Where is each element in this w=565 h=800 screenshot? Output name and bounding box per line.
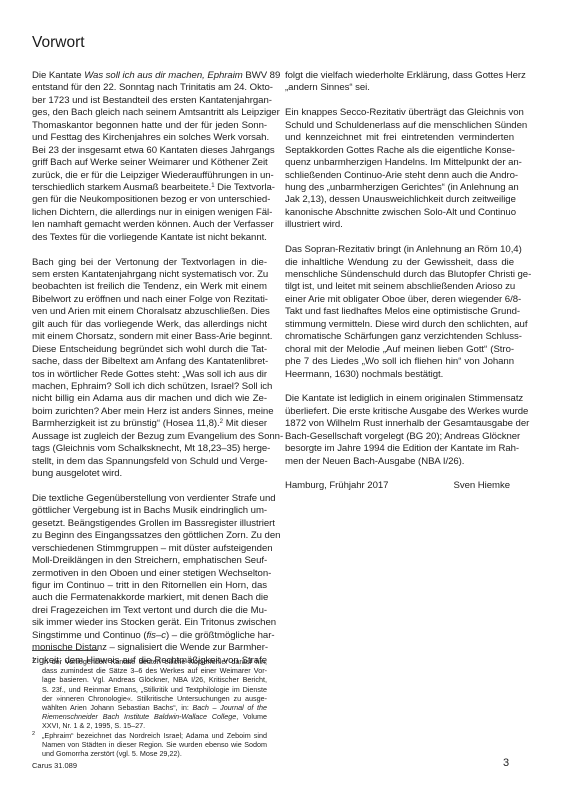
text-line: XXVI, Nr. 1 & 2, 1995, S. 15–27. [42,721,267,730]
text-line: lage basieren. Vgl. Andreas Glöckner, NB… [42,675,267,684]
text-line: göttlicher Vergebung ist in Bachs Musik … [32,505,267,517]
text-line: Moll-Dreiklängen in den Streichern, emph… [32,555,267,567]
text-line: chromatische Schärfungen ganz verzichten… [285,331,514,343]
text-line: Riemenschneider Bach Institute Baldwin-W… [42,712,267,721]
text-line: monische Distanz – signalisiert die Wend… [32,642,267,654]
text-line: auch die Fermatenakkorde markiert, mit d… [32,592,267,604]
text-line: drei Fragezeichen im Text vertont und du… [32,605,267,617]
text-line: lichen Dichtern, die allerdings nur in e… [32,207,267,219]
footnote-reference[interactable]: 1 [211,183,214,189]
text-line: beobachten ist freilich die Tendenz, ein… [32,281,267,293]
text-line: „Ephraim“ bezeichnet das Nordreich Israe… [42,731,267,740]
paragraph: folgt die vielfach wiederholte Erklärung… [285,70,514,95]
text-line: Bach-Gesellschaft vorgelegt (BG 20); And… [285,431,514,443]
footnote-reference[interactable]: 2 [220,419,223,425]
text-line: gesetzt. Beängstigendes Grollen im Bassr… [32,518,267,530]
text-line: und kennzeichnet mit frei eintretenden v… [285,132,514,144]
left-column: Die Kantate Was soll ich aus dir machen,… [32,70,267,679]
paragraph: Ein knappes Secco-Rezitativ überträgt da… [285,107,514,231]
text-line: sache, dass der Bibeltext am Anfang des … [32,356,267,368]
text-line: einer Arie mit obligater Oboe über, dere… [285,294,514,306]
paragraph: Die Kantate Was soll ich aus dir machen,… [32,70,267,244]
text-line: stimmung vermitteln. Diese wird durch de… [285,319,514,331]
text-line: machen, Ephraim? Soll ich dich schützen,… [32,381,267,393]
footnote: 1In der vorliegenden Kantate deuten etli… [32,657,267,731]
text-line: choral mit der Melodie „Auf meinen liebe… [285,344,514,356]
text-line: illustriert wird. [285,219,514,231]
text-line: sem ersten Kantatenjahrgang nicht system… [32,269,267,281]
text-line: Die Kantate Was soll ich aus dir machen,… [32,70,267,82]
text-line: tos in wörtlicher Rede Gottes steht: „Wa… [32,369,267,381]
text-line: Thomaskantor begonnen hatte und der für … [32,120,267,132]
text-line: boim zurichten? Aber mein Herz ist ander… [32,406,267,418]
page-number: 3 [503,757,509,769]
text-line: Jak 2,13), dessen Unausweichlichkeit dur… [285,194,514,206]
text-line: figur im Continuo – tritt in den Ritorne… [32,580,267,592]
text-line: nicht billig ein Adama aus dir machen un… [32,393,267,405]
text-line: gen für die Neukompositionen bezog er vo… [32,194,267,206]
text-line: len namhaft gemacht werden können. Auch … [32,219,267,231]
text-line: überliefert. Die erste kritische Ausgabe… [285,406,514,418]
text-line: ven und Arien mit einem Choralsatz abzus… [32,306,267,318]
text-line: die inhaltliche Wendung zu der Gewisshei… [285,257,514,269]
text-line: Bibelwort zu eröffnen und nach einer Fol… [32,294,267,306]
page-title: Vorwort [32,34,85,52]
text-line: phe 7 des Liedes „Wo soll ich fliehen hi… [285,356,514,368]
footnote-number: 1 [32,656,35,665]
right-column: folgt die vielfach wiederholte Erklärung… [285,70,514,493]
text-line: Die textliche Gegenüberstellung von verd… [32,493,267,505]
text-line: des Textes für die vorliegende Kantate i… [32,232,267,244]
text-line: Bach ging bei der Vertonung der Textvorl… [32,257,267,269]
text-line: besorgte im Jahre 1994 die Edition der K… [285,443,514,455]
text-line: entstand für den 22. Sonntag nach Trinit… [32,82,267,94]
text-line: S. 23f., und Reinmar Emans, „Stilkritik … [42,685,267,694]
text-line: tilgt ist, und leitet mit seinem abschli… [285,281,514,293]
text-line: schließenden Continuo-Arie steht denn au… [285,170,514,182]
text-line: Ein knappes Secco-Rezitativ überträgt da… [285,107,514,119]
text-line: Singstimme und Continuo (fis–c) – die gr… [32,630,267,642]
text-line: tags (Gleichnis vom Schalksknecht, Mt 18… [32,443,267,455]
text-line: Takt und fast liedhaftes Melos eine opti… [285,306,514,318]
text-line: ber 1723 und ist Bestandteil des ersten … [32,95,267,107]
paragraph: Das Sopran-Rezitativ bringt (in Anlehnun… [285,244,514,381]
footnote-divider [32,650,98,651]
text-line: dass zumindest die Sätze 3–6 des Werkes … [42,666,267,675]
text-line: folgt die vielfach wiederholte Erklärung… [285,70,514,82]
publisher-code: Carus 31.089 [32,761,77,770]
text-line: Heermann, 1630) nochmals bestätigt. [285,369,514,381]
text-line: zermotiven in den Oboen und einer stetig… [32,568,267,580]
text-line: der »inneren Chronologie«. Stilkritische… [42,694,267,703]
text-line: hung des „unbarmherzigen Gerichtes“ (in … [285,182,514,194]
text-line: sik immer wieder ins Stocken gerät. Ein … [32,617,267,629]
paragraph: Bach ging bei der Vertonung der Textvorl… [32,257,267,481]
text-line: Die Kantate ist lediglich in einem origi… [285,393,514,405]
text-line: Diese Entscheidung begründet sich wohl d… [32,344,267,356]
text-line: „andern Sinnes“ sei. [285,82,514,94]
footnote-number: 2 [32,730,35,739]
text-line: stellt, in dem das Spannungsfeld von Sch… [32,456,267,468]
signature: Hamburg, Frühjahr 2017Sven Hiemke [285,480,514,492]
footnote: 2„Ephraim“ bezeichnet das Nordreich Isra… [32,731,267,759]
text-line: mit einem Chorsatz, sondern mit einer Ba… [32,331,267,343]
text-line: men der Neuen Bach-Ausgabe (NBA I/26). [285,456,514,468]
text-line: wählten Arien Johann Sebastian Bachs“, i… [42,703,267,712]
text-line: terschiedlich starkem Ausmaß bearbeitete… [32,182,267,194]
text-line: zurück, die er für die Leipziger Wiedera… [32,170,267,182]
text-line: In der vorliegenden Kantate deuten etlic… [42,657,267,666]
text-line: quenz unbarmherzigen Handelns. Im Mittel… [285,157,514,169]
text-line: Das Sopran-Rezitativ bringt (in Anlehnun… [285,244,514,256]
text-line: menschliche Sündenschuld durch das Bluto… [285,269,514,281]
paragraph: Die textliche Gegenüberstellung von verd… [32,493,267,667]
text-line: und Gomorrha zerstört (vgl. 5. Mose 29,2… [42,749,267,758]
text-line: bung ausgelotet wird. [32,468,267,480]
footnotes: 1In der vorliegenden Kantate deuten etli… [32,657,267,758]
text-line: 1872 von Wilhelm Rust innerhalb der Gesa… [285,418,514,430]
text-line: Bei 23 der insgesamt etwa 60 Kantaten di… [32,145,267,157]
text-line: verschiedenen Stimmgruppen – mit düster … [32,543,267,555]
paragraph: Die Kantate ist lediglich in einem origi… [285,393,514,468]
place-date: Hamburg, Frühjahr 2017 [285,480,388,492]
text-line: ges, den Bach gleich nach seinem Amtsant… [32,107,267,119]
text-line: und Festtag des Kirchenjahres ein solche… [32,132,267,144]
text-line: Septakkorden Gottes Rache als die eigent… [285,145,514,157]
text-line: Barmherzigkeit ist zu brünstig“ (Hosea 1… [32,418,267,430]
text-line: gilt auch für das vorliegende Werk, das … [32,319,267,331]
text-line: kanonische Abschnitte zwischen Solo-Alt … [285,207,514,219]
text-line: zu Beginn des Eingangssatzes den göttlic… [32,530,267,542]
text-line: Namen von Städten in dieser Region. Sie … [42,740,267,749]
text-line: Schuld und Schuldenerlass auf die mensch… [285,120,514,132]
author-name: Sven Hiemke [453,480,510,492]
text-line: griff Bach auf Werke seiner Weimarer und… [32,157,267,169]
text-line: Aussage ist zugleich der Bezug zum Evang… [32,431,267,443]
